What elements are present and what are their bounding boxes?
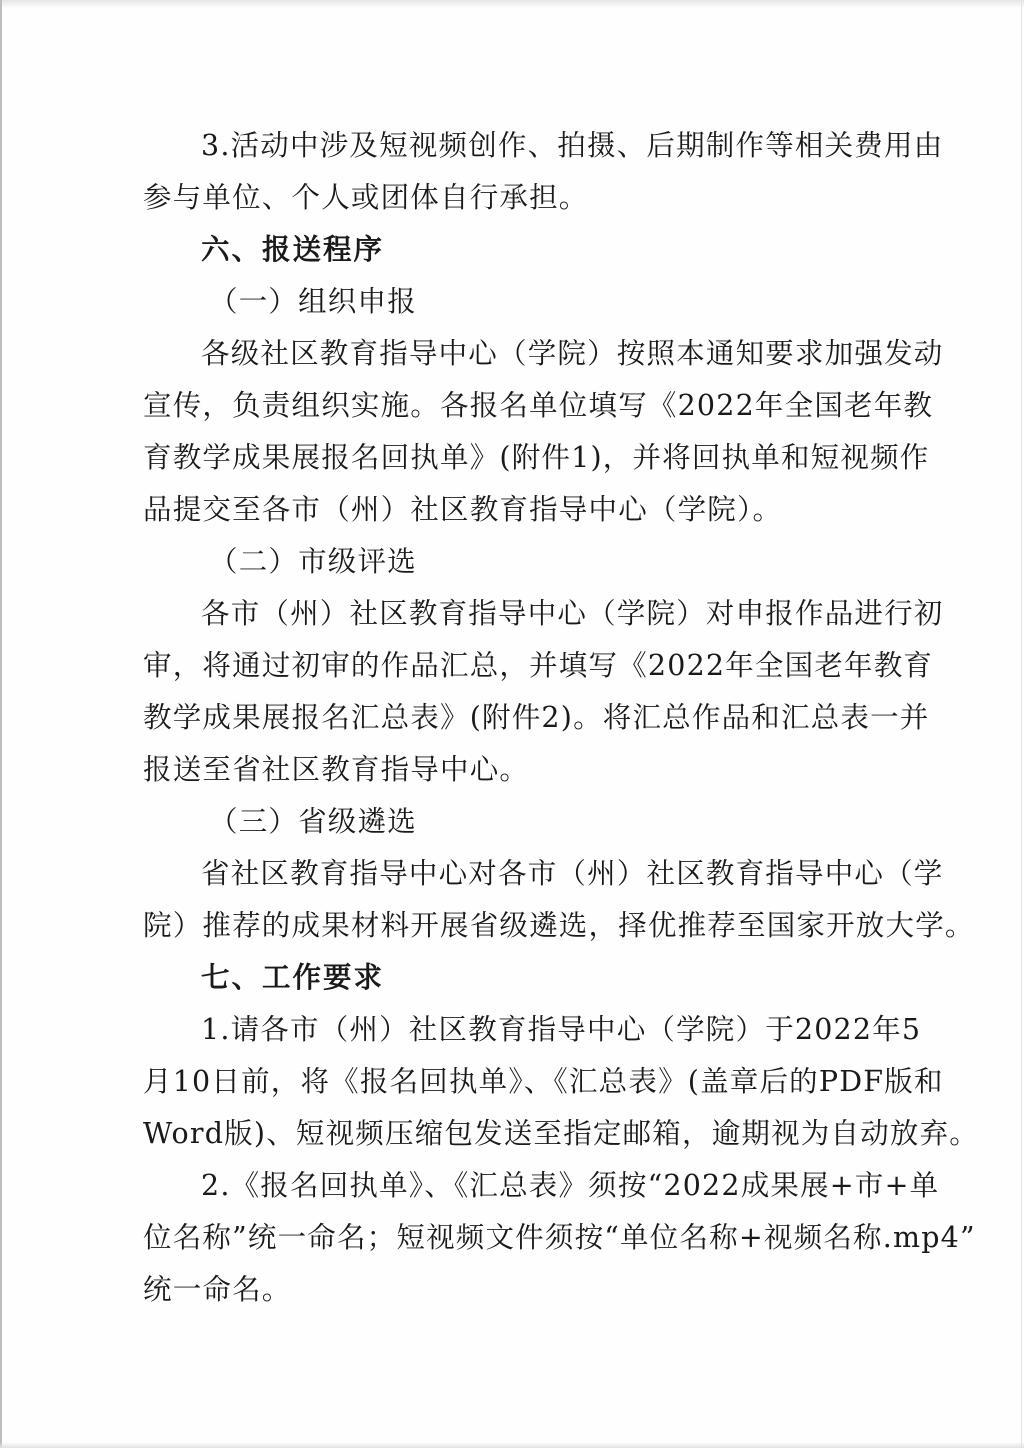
paragraph-city-line-3: 教学成果展报名汇总表》(附件2)。将汇总作品和汇总表一并 [143,692,873,744]
section-heading-7: 七、工作要求 [143,952,873,1004]
paragraph-item-2-line-2: 位名称”统一命名；短视频文件须按“单位名称+视频名称.mp4” [143,1212,873,1264]
subsection-heading-city-selection: （二）市级评选 [143,536,873,588]
paragraph-city-line-2: 审，将通过初审的作品汇总，并填写《2022年全国老年教育 [143,640,873,692]
subsection-heading-province-selection: （三）省级遴选 [143,796,873,848]
paragraph-item-1-line-1: 1.请各市（州）社区教育指导中心（学院）于2022年5 [143,1004,873,1056]
paragraph-organize-line-1: 各级社区教育指导中心（学院）按照本通知要求加强发动 [143,328,873,380]
paragraph-city-line-1: 各市（州）社区教育指导中心（学院）对申报作品进行初 [143,588,873,640]
paragraph-item-2-line-1: 2.《报名回执单》、《汇总表》须按“2022成果展+市+单 [143,1160,873,1212]
paragraph-province-line-1: 省社区教育指导中心对各市（州）社区教育指导中心（学 [143,848,873,900]
paragraph-province-line-2: 院）推荐的成果材料开展省级遴选，择优推荐至国家开放大学。 [143,900,873,952]
paragraph-item-3-line-2: 参与单位、个人或团体自行承担。 [143,172,873,224]
scan-edge-bottom [0,1442,1024,1448]
paragraph-item-3-line-1: 3.活动中涉及短视频创作、拍摄、后期制作等相关费用由 [143,120,873,172]
scan-edge-top [0,0,1024,8]
paragraph-organize-line-2: 宣传，负责组织实施。各报名单位填写《2022年全国老年教 [143,380,873,432]
section-heading-6: 六、报送程序 [143,224,873,276]
paragraph-item-2-line-3: 统一命名。 [143,1264,873,1316]
paragraph-organize-line-3: 育教学成果展报名回执单》(附件1)，并将回执单和短视频作 [143,432,873,484]
paragraph-item-1-line-2: 月10日前，将《报名回执单》、《汇总表》(盖章后的PDF版和 [143,1056,873,1108]
scan-edge-right [1021,0,1022,1448]
subsection-heading-organize-application: （一）组织申报 [143,276,873,328]
scan-edge-left [0,0,2,1448]
paragraph-item-1-line-3: Word版)、短视频压缩包发送至指定邮箱，逾期视为自动放弃。 [143,1108,873,1160]
paragraph-organize-line-4: 品提交至各市（州）社区教育指导中心（学院）。 [143,484,873,536]
document-page: 3.活动中涉及短视频创作、拍摄、后期制作等相关费用由 参与单位、个人或团体自行承… [0,0,1024,1448]
paragraph-city-line-4: 报送至省社区教育指导中心。 [143,744,873,796]
